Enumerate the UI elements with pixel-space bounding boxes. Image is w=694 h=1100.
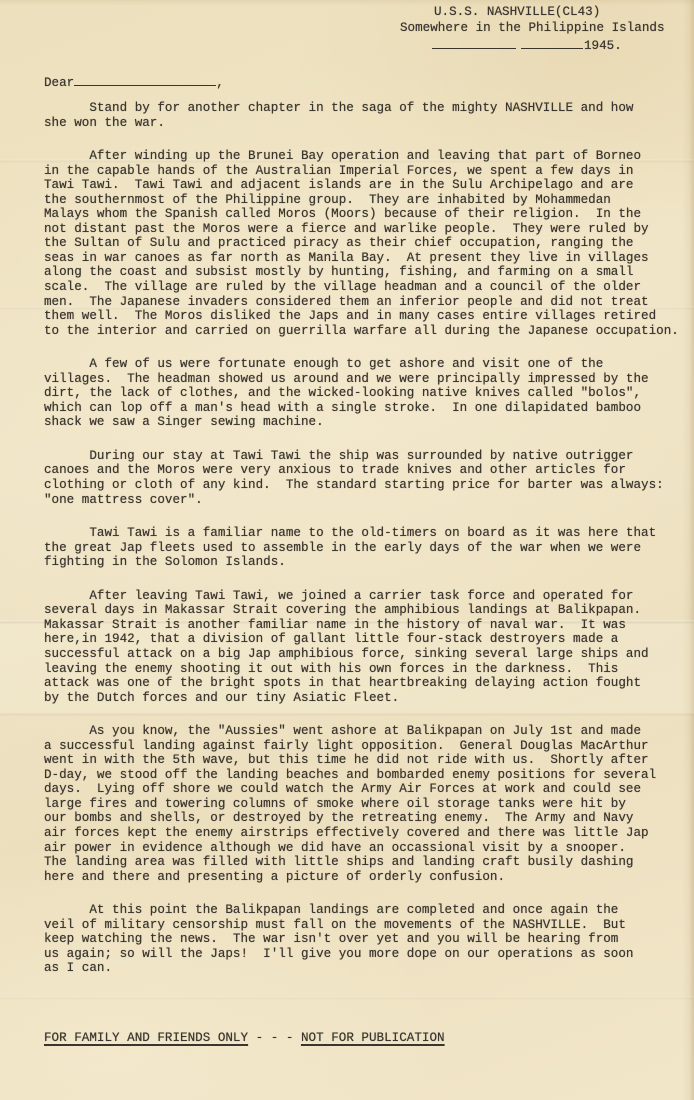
letter-paragraph: At this point the Balikpapan landings ar… [44, 903, 690, 976]
publication-notice: FOR FAMILY AND FRIENDS ONLY - - - NOT FO… [44, 1031, 445, 1045]
letterhead-year: 1945. [584, 39, 622, 53]
letter-paragraph: After winding up the Brunei Bay operatio… [44, 149, 690, 338]
publication-notice-part2: NOT FOR PUBLICATION [301, 1031, 445, 1045]
letterhead-ship-name: U.S.S. NASHVILLE(CL43) [434, 5, 600, 20]
date-blank-underline [432, 37, 516, 49]
letter-page: U.S.S. NASHVILLE(CL43) Somewhere in the … [0, 0, 694, 1100]
fold-crease [0, 996, 694, 1000]
letterhead-date-line: 1945. [432, 37, 622, 54]
letterhead-location: Somewhere in the Philippine Islands [400, 21, 665, 36]
letter-paragraph: After leaving Tawi Tawi, we joined a car… [44, 589, 690, 705]
salutation-line: Dear, [44, 74, 224, 90]
letter-paragraph: Tawi Tawi is a familiar name to the old-… [44, 526, 690, 570]
date-blank-underline [521, 37, 583, 49]
publication-notice-separator: - - - [248, 1031, 301, 1045]
letter-paragraph: As you know, the "Aussies" went ashore a… [44, 724, 690, 884]
letter-paragraph: Stand by for another chapter in the saga… [44, 101, 690, 130]
salutation-greeting: Dear [44, 76, 74, 90]
name-blank-underline [74, 74, 216, 86]
letter-paragraph: A few of us were fortunate enough to get… [44, 357, 690, 430]
letter-paragraph: During our stay at Tawi Tawi the ship wa… [44, 449, 690, 507]
publication-notice-part1: FOR FAMILY AND FRIENDS ONLY [44, 1031, 248, 1045]
salutation-comma: , [216, 76, 224, 90]
letter-body: Stand by for another chapter in the saga… [44, 101, 690, 995]
